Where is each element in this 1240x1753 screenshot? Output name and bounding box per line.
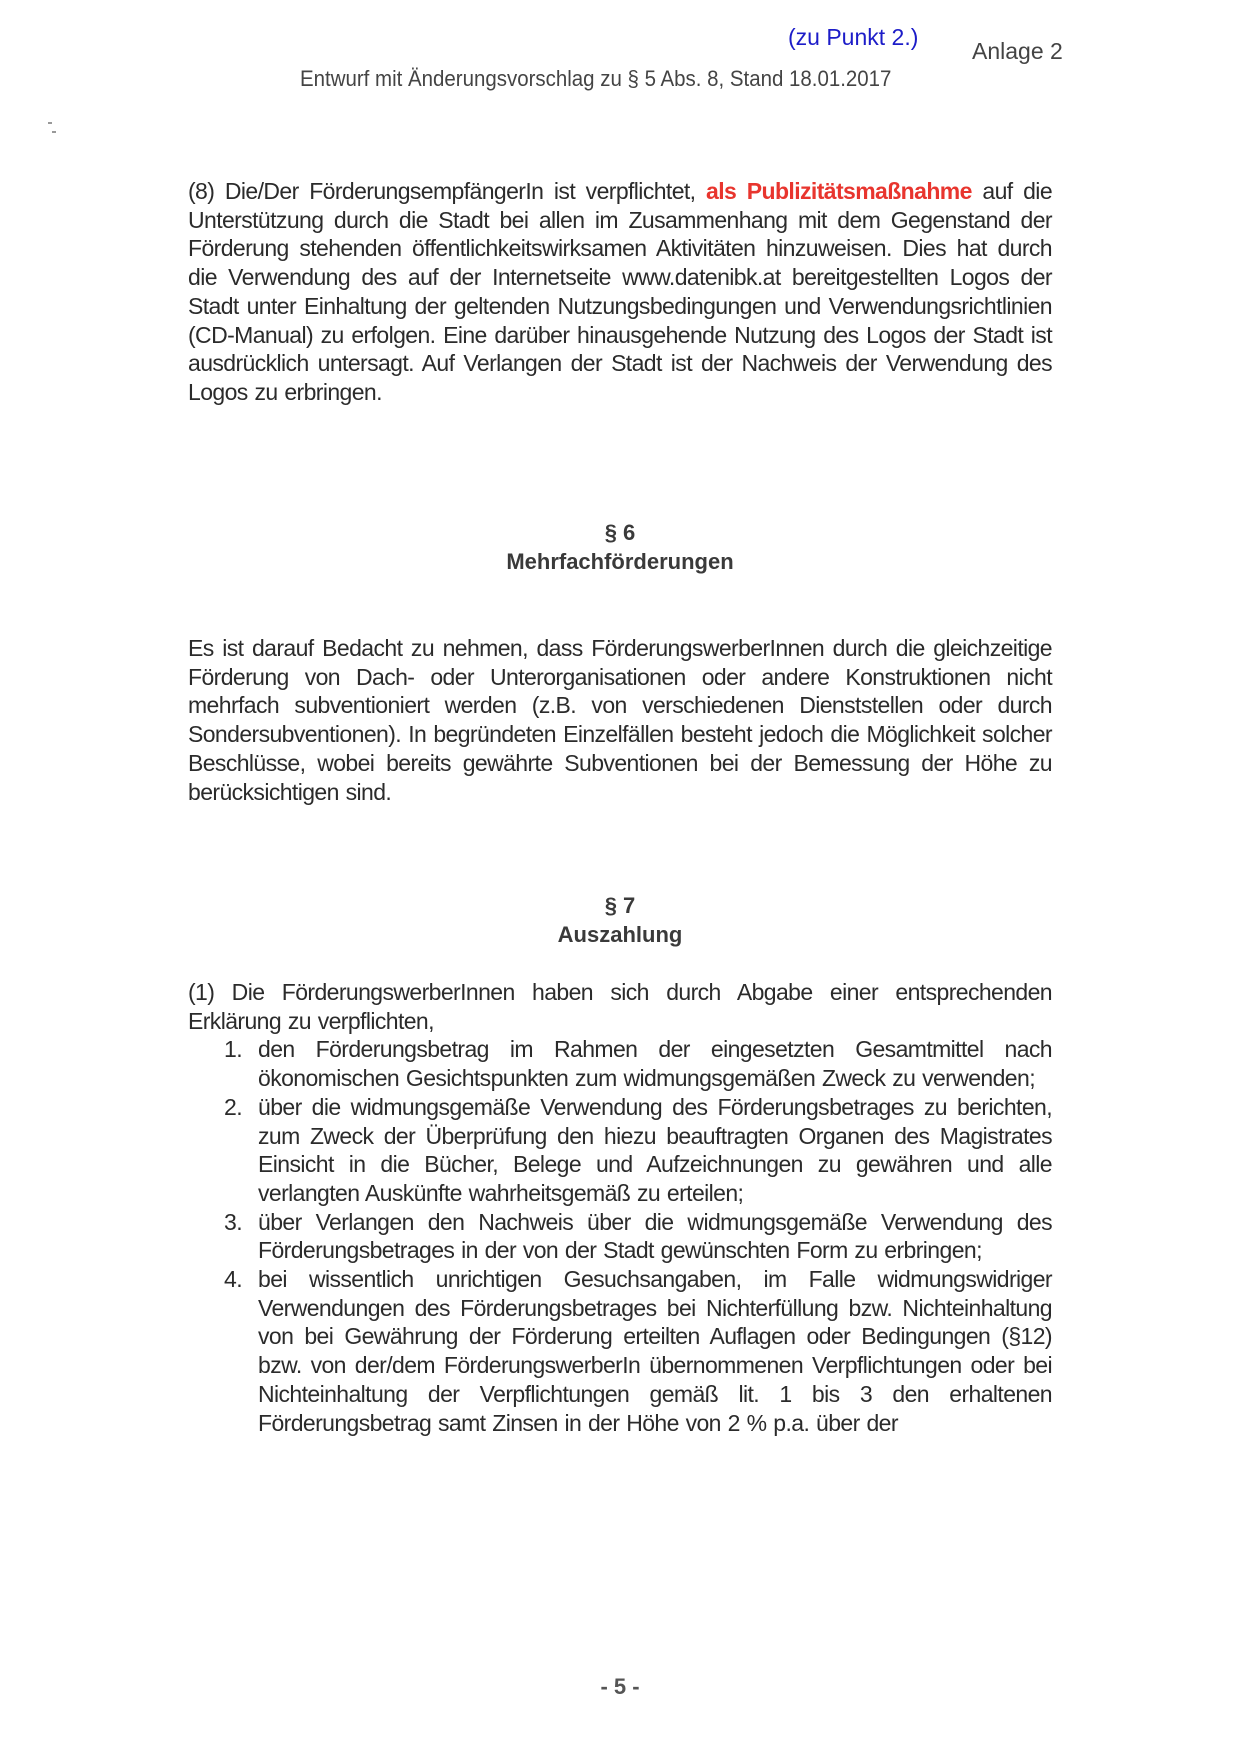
list-item: 2.über die widmungsgemäße Verwendung des… [188,1093,1052,1208]
scan-speck [48,122,52,124]
list-item: 4.bei wissentlich unrichtigen Gesuchsang… [188,1265,1052,1437]
section6-body: Es ist darauf Bedacht zu nehmen, dass Fö… [188,634,1052,806]
section7-title: Auszahlung [188,922,1052,948]
attachment-label: Anlage 2 [972,38,1063,65]
obligations-list: 1.den Förderungsbetrag im Rahmen der ein… [188,1035,1052,1437]
section5-paragraph8: (8) Die/Der FörderungsempfängerIn ist ve… [188,177,1052,407]
agenda-annotation: (zu Punkt 2.) [788,24,918,51]
section7-intro: (1) Die FörderungswerberInnen haben sich… [188,978,1052,1035]
section6-number: § 6 [188,520,1052,546]
page-number: - 5 - [0,1674,1240,1700]
para8-highlight: als Publizitätsmaßnahme [706,178,972,204]
list-item: 3.über Verlangen den Nachweis über die w… [188,1208,1052,1265]
scan-speck [52,131,56,133]
list-item: 1.den Förderungsbetrag im Rahmen der ein… [188,1035,1052,1092]
section6-title: Mehrfachförderungen [188,549,1052,575]
section7-number: § 7 [188,893,1052,919]
draft-header: Entwurf mit Änderungsvorschlag zu § 5 Ab… [300,66,891,92]
para8-lead: (8) Die/Der FörderungsempfängerIn ist ve… [188,178,706,204]
section6-text: Es ist darauf Bedacht zu nehmen, dass Fö… [188,634,1052,806]
para8-rest: auf die Unterstützung durch die Stadt be… [188,178,1052,405]
section7-body: (1) Die FörderungswerberInnen haben sich… [188,978,1052,1437]
